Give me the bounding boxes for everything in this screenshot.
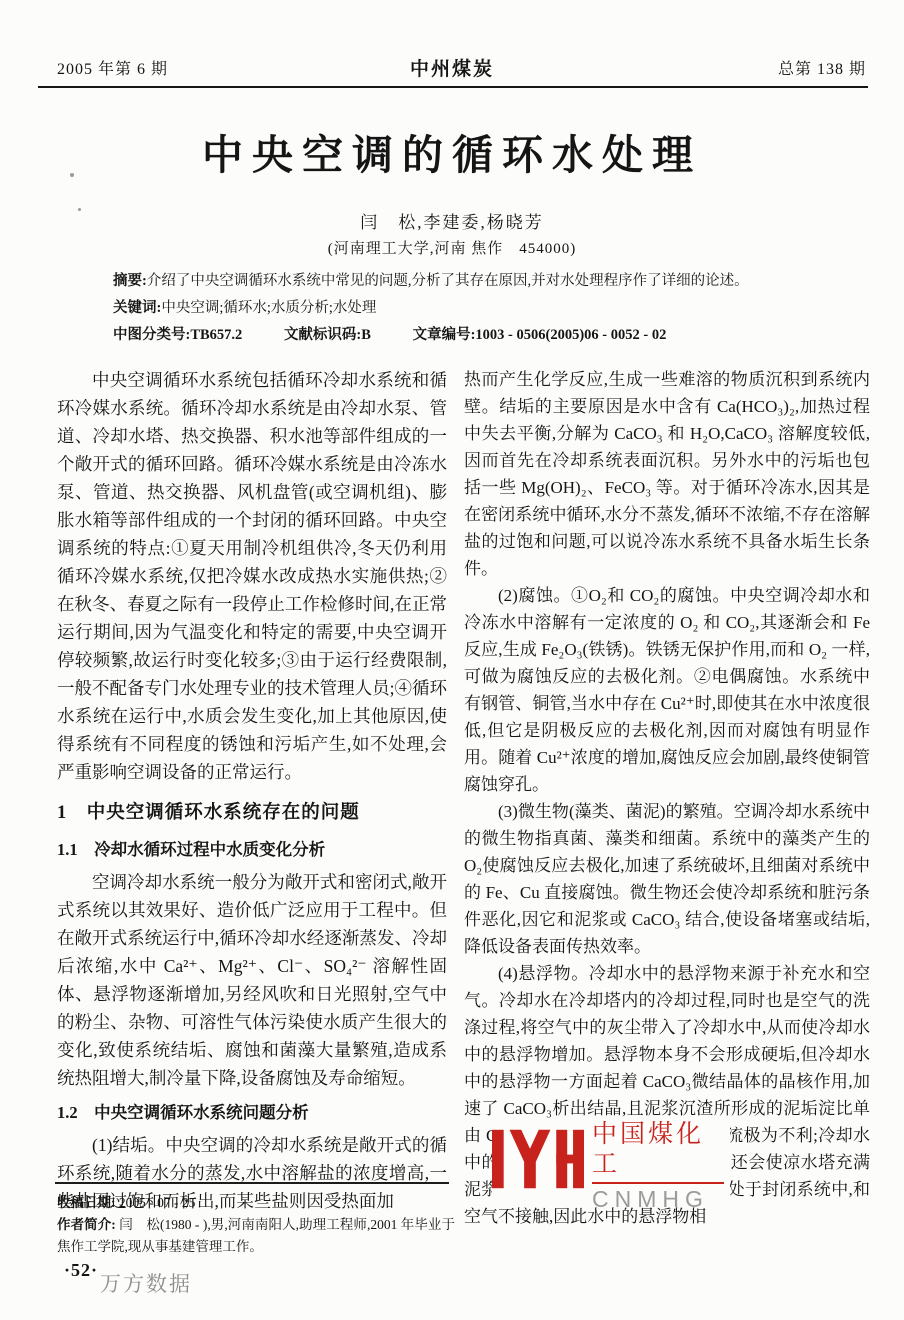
footnote-divider: [55, 1182, 449, 1184]
doc-code-pair: 文献标识码:B: [284, 327, 371, 343]
received-date-row: 收稿日期: 2005 - 07 - 25: [57, 1192, 455, 1214]
scan-speck: [78, 208, 81, 211]
page-number: ·52·: [64, 1260, 98, 1281]
section-1-2-heading: 1.2 中央空调循环水系统问题分析: [57, 1099, 447, 1127]
clc-pair: 中图分类号:TB657.2: [113, 327, 242, 343]
cnmhg-watermark: 中国煤化工 CNMHG: [492, 1120, 730, 1198]
body-paragraph-microbes: (3)微生物(藻类、菌泥)的繁殖。空调冷却水系统中的微生物指真菌、藻类和细菌。系…: [464, 798, 870, 960]
affiliation-line: (河南理工大学,河南 焦作 454000): [0, 237, 904, 258]
author-bio-text: 闫 松(1980 - ),男,河南南阳人,助理工程师,2001 年毕业于焦作工学…: [57, 1217, 455, 1254]
abstract-text: 介绍了中央空调循环水系统中常见的问题,分析了其存在原因,并对水处理程序作了详细的…: [147, 273, 749, 289]
keywords-text: 中央空调;循环水;水质分析;水处理: [161, 300, 376, 316]
body-paragraph-intro: 中央空调循环水系统包括循环冷却水系统和循环冷媒水系统。循环冷却水系统是由冷却水泵…: [57, 366, 447, 786]
journal-page: 2005 年第 6 期 中州煤炭 总第 138 期 中央空调的循环水处理 闫 松…: [0, 0, 904, 1320]
article-no-pair: 文章编号:1003 - 0506(2005)06 - 0052 - 02: [413, 327, 667, 343]
author-bio-label: 作者简介:: [57, 1217, 116, 1232]
header-journal-name: 中州煤炭: [0, 54, 904, 81]
cnmhg-brand-underline: [592, 1182, 724, 1184]
right-column: 热而产生化学反应,生成一些难溶的物质沉积到系统内壁。结垢的主要原因是水中含有 C…: [464, 366, 870, 1230]
cnmhg-brand-en: CNMHG: [592, 1186, 730, 1212]
abstract-block: 摘要:介绍了中央空调循环水系统中常见的问题,分析了其存在原因,并对水处理程序作了…: [113, 268, 813, 349]
cnmhg-logo-icon: [492, 1123, 584, 1195]
keywords-label: 关键词:: [113, 300, 161, 316]
body-paragraph-1-1: 空调冷却水系统一般分为敞开式和密闭式,敞开式系统以其效果好、造价低广泛应用于工程…: [57, 868, 447, 1092]
section-1-1-heading: 1.1 冷却水循环过程中水质变化分析: [57, 836, 447, 864]
keywords-row: 关键词:中央空调;循环水;水质分析;水处理: [113, 295, 813, 322]
clc-value: TB657.2: [190, 327, 242, 343]
header-divider: [38, 86, 868, 88]
article-title: 中央空调的循环水处理: [0, 122, 904, 181]
clc-label: 中图分类号:: [113, 327, 190, 343]
wanfang-watermark: 万方数据: [100, 1268, 192, 1298]
cnmhg-brand-cn: 中国煤化工: [592, 1120, 730, 1180]
doc-code-label: 文献标识码:: [284, 327, 361, 343]
article-no-value: 1003 - 0506(2005)06 - 0052 - 02: [475, 327, 666, 343]
footnote-block: 收稿日期: 2005 - 07 - 25 作者简介: 闫 松(1980 - ),…: [57, 1192, 455, 1258]
body-paragraph-corrosion: (2)腐蚀。①O₂和 CO₂的腐蚀。中央空调冷却水和冷冻水中溶解有一定浓度的 O…: [464, 582, 870, 798]
left-column: 中央空调循环水系统包括循环冷却水系统和循环冷媒水系统。循环冷却水系统是由冷却水泵…: [57, 366, 447, 1215]
scan-speck: [70, 173, 74, 177]
authors-line: 闫 松,李建委,杨晓芳: [0, 208, 904, 233]
received-date-label: 收稿日期:: [57, 1195, 116, 1210]
author-bio-row: 作者简介: 闫 松(1980 - ),男,河南南阳人,助理工程师,2001 年毕…: [57, 1214, 455, 1258]
cnmhg-brand-column: 中国煤化工 CNMHG: [592, 1120, 730, 1212]
article-no-label: 文章编号:: [413, 327, 476, 343]
body-paragraph-scaling-cont: 热而产生化学反应,生成一些难溶的物质沉积到系统内壁。结垢的主要原因是水中含有 C…: [464, 366, 870, 582]
abstract-row: 摘要:介绍了中央空调循环水系统中常见的问题,分析了其存在原因,并对水处理程序作了…: [113, 268, 813, 295]
section-1-heading: 1 中央空调循环水系统存在的问题: [57, 799, 447, 827]
doc-code-value: B: [361, 327, 371, 343]
received-date-value: 2005 - 07 - 25: [119, 1195, 196, 1210]
header-volume: 总第 138 期: [778, 56, 866, 79]
abstract-label: 摘要:: [113, 273, 147, 289]
meta-row: 中图分类号:TB657.2 文献标识码:B 文章编号:1003 - 0506(2…: [113, 322, 813, 349]
